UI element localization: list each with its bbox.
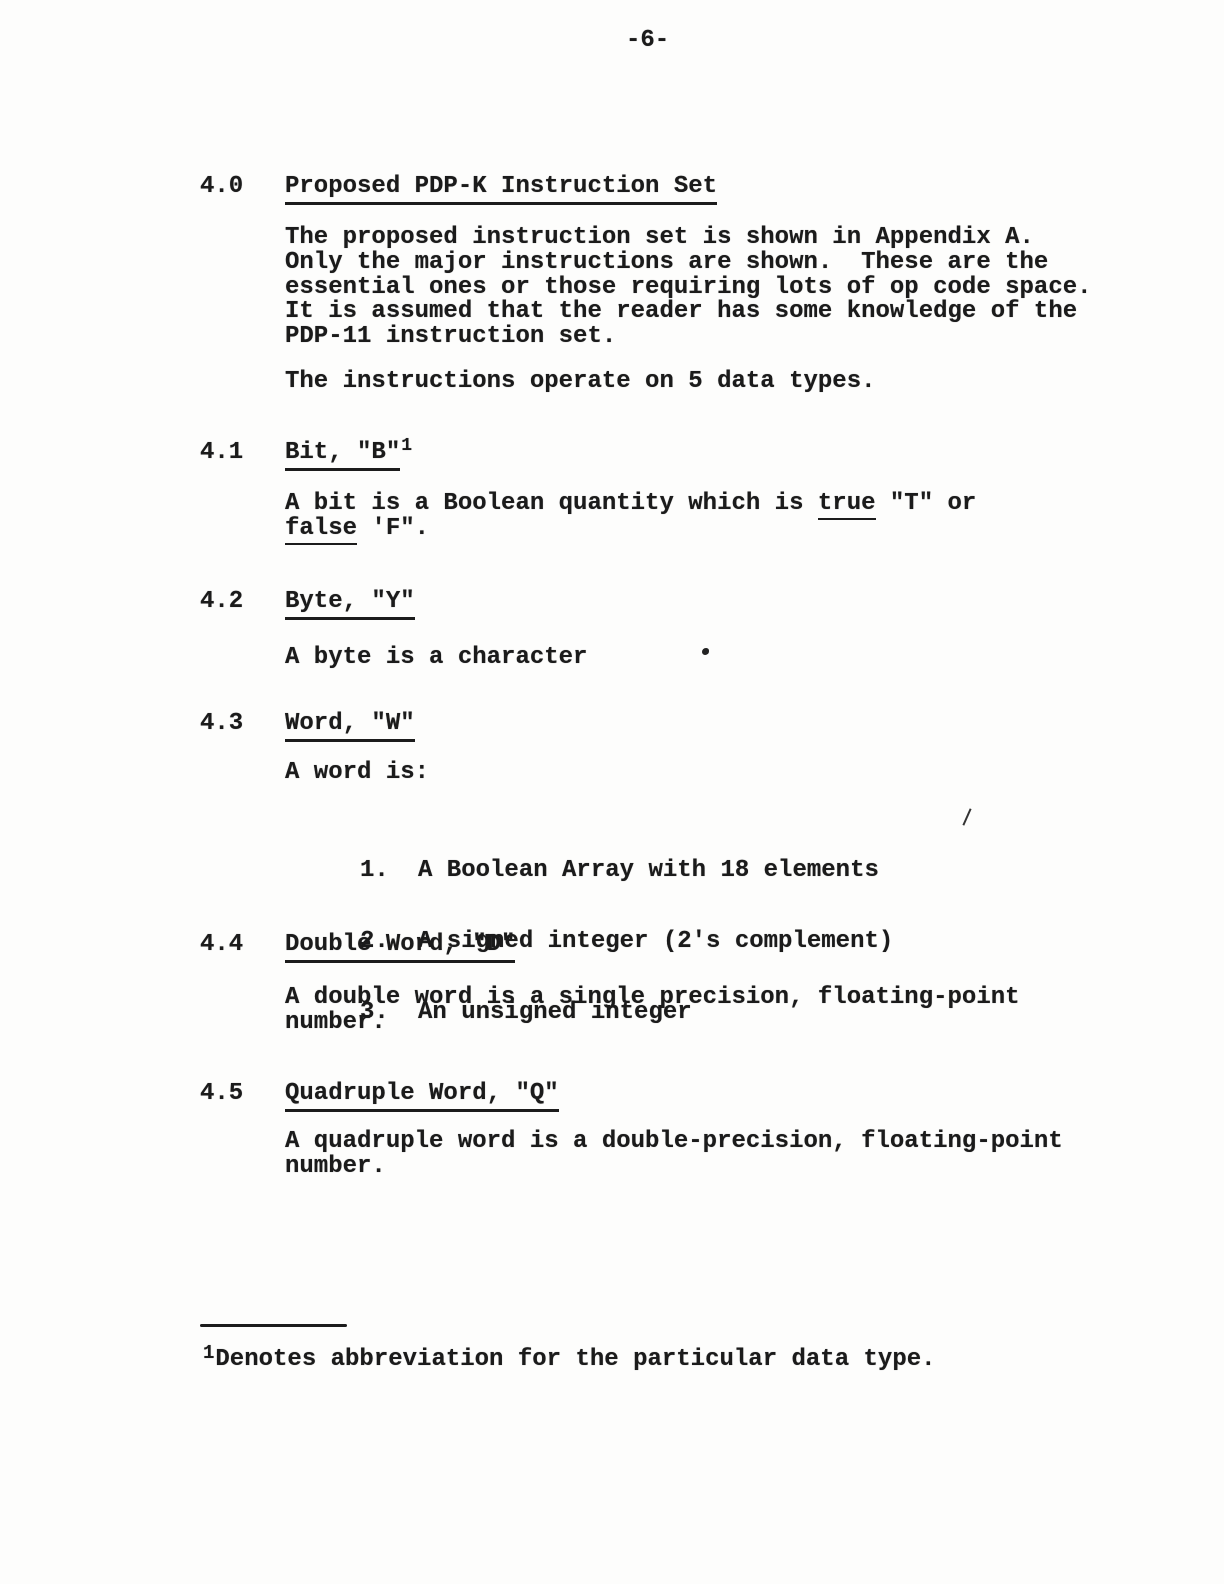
section-title-text: Byte, "Y" bbox=[285, 588, 415, 620]
paragraph-4-1-body: A bit is a Boolean quantity which is tru… bbox=[285, 492, 976, 542]
section-title-4-3: Word, "W" bbox=[285, 712, 415, 737]
paragraph-segment: "T" or bbox=[876, 490, 977, 517]
paragraph-4-0-datatypes: The instructions operate on 5 data types… bbox=[285, 370, 876, 395]
footnote-separator-rule bbox=[200, 1324, 347, 1327]
section-title-text: Double Word, "D" bbox=[285, 931, 515, 963]
section-title-text: Bit, "B" bbox=[285, 439, 400, 471]
section-number-4-3: 4.3 bbox=[200, 712, 243, 737]
document-page: -6- 4.0 Proposed PDP-K Instruction Set T… bbox=[0, 0, 1224, 1584]
underlined-word-true: true bbox=[818, 490, 876, 520]
paragraph-segment: A bit is a Boolean quantity which is bbox=[285, 490, 818, 517]
list-item-text: A Boolean Array with 18 elements bbox=[418, 859, 879, 883]
footnote-number-superscript: 1 bbox=[203, 1342, 214, 1364]
section-number-4-2: 4.2 bbox=[200, 590, 243, 615]
ink-slash-artifact bbox=[962, 808, 971, 825]
ink-speck bbox=[702, 648, 709, 655]
section-title-4-0: Proposed PDP-K Instruction Set bbox=[285, 175, 717, 200]
list-item-number: 1. bbox=[360, 859, 418, 883]
footnote-reference-superscript: 1 bbox=[401, 436, 412, 456]
section-title-4-4: Double Word, "D" bbox=[285, 933, 515, 958]
footnote: 1Denotes abbreviation for the particular… bbox=[203, 1348, 936, 1373]
list-item: 1.A Boolean Array with 18 elements bbox=[360, 859, 893, 883]
paragraph-4-2-body: A byte is a character bbox=[285, 646, 587, 671]
paragraph-4-0-intro: The proposed instruction set is shown in… bbox=[285, 226, 1092, 350]
section-number-4-4: 4.4 bbox=[200, 933, 243, 958]
footnote-text: Denotes abbreviation for the particular … bbox=[215, 1346, 935, 1373]
paragraph-segment: 'F". bbox=[357, 515, 429, 542]
section-title-text: Quadruple Word, "Q" bbox=[285, 1080, 559, 1112]
section-number-4-5: 4.5 bbox=[200, 1082, 243, 1107]
underlined-word-false: false bbox=[285, 515, 357, 545]
section-number-4-1: 4.1 bbox=[200, 441, 243, 466]
section-title-4-2: Byte, "Y" bbox=[285, 590, 415, 615]
paragraph-4-3-body: A word is: bbox=[285, 761, 429, 786]
paragraph-4-4-body: A double word is a single precision, flo… bbox=[285, 986, 1020, 1036]
section-number-4-0: 4.0 bbox=[200, 175, 243, 200]
section-title-text: Word, "W" bbox=[285, 710, 415, 742]
section-title-text: Proposed PDP-K Instruction Set bbox=[285, 173, 717, 205]
section-title-4-1: Bit, "B"1 bbox=[285, 441, 412, 467]
paragraph-4-5-body: A quadruple word is a double-precision, … bbox=[285, 1130, 1063, 1180]
page-number: -6- bbox=[626, 29, 669, 54]
section-title-4-5: Quadruple Word, "Q" bbox=[285, 1082, 559, 1107]
